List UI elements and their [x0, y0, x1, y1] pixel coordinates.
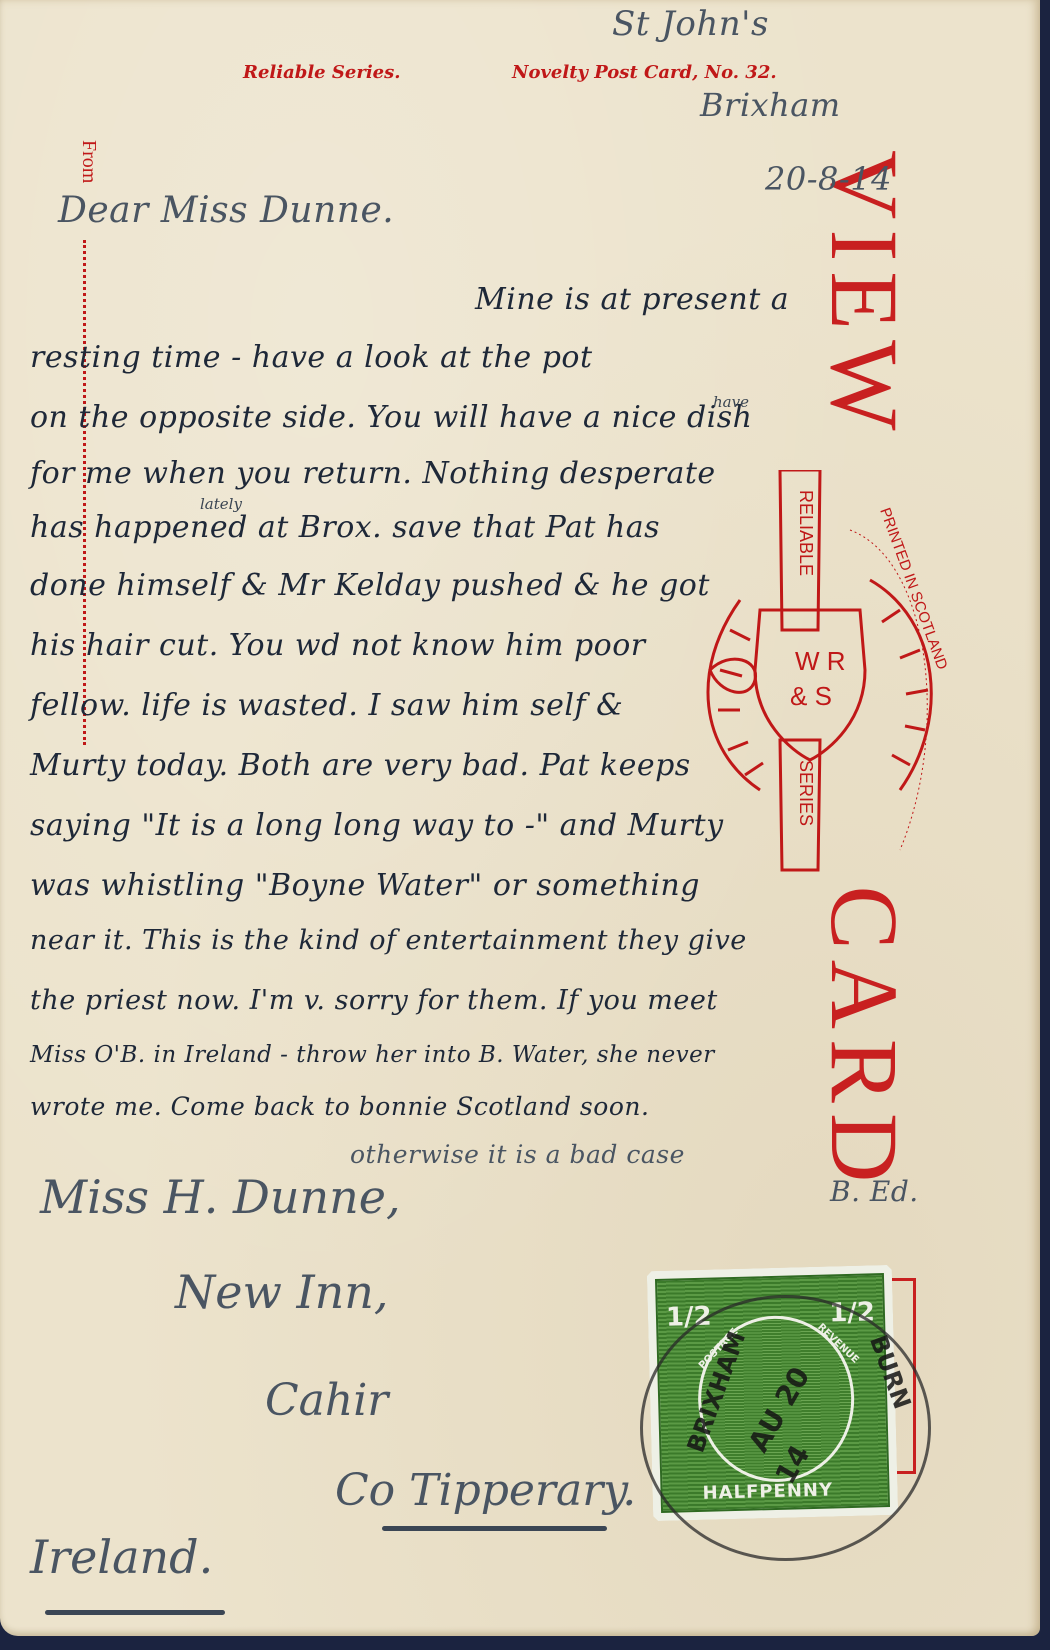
recipient-address-line3: Cahir — [265, 1375, 388, 1426]
letter-line: done himself & Mr Kelday pushed & he got — [30, 568, 710, 603]
letter-line: wrote me. Come back to bonnie Scotland s… — [30, 1092, 649, 1121]
card-number-label: Novelty Post Card, No. 32. — [512, 62, 777, 83]
letter-line: resting time - have a look at the pot — [30, 340, 593, 375]
divider-line — [83, 240, 86, 745]
recipient-name: Miss H. Dunne, — [40, 1170, 401, 1224]
svg-text:SERIES: SERIES — [796, 760, 816, 826]
letter-line: fellow. life is wasted. I saw him self & — [30, 688, 623, 723]
letter-line: for me when you return. Nothing desperat… — [30, 456, 716, 491]
letter-line: Mine is at present a — [475, 282, 789, 317]
letter-line: Murty today. Both are very bad. Pat keep… — [30, 748, 691, 783]
svg-text:& S: & S — [790, 681, 832, 711]
letter-line: the priest now. I'm v. sorry for them. I… — [30, 985, 718, 1016]
interlinear-note: have — [713, 393, 749, 411]
letter-line: otherwise it is a bad case — [350, 1140, 685, 1169]
salutation: Dear Miss Dunne. — [58, 190, 394, 231]
letter-line: on the opposite side. You will have a ni… — [30, 400, 752, 435]
recipient-country: Ireland. — [30, 1530, 213, 1584]
letter-date: 20-8-14 — [765, 160, 892, 198]
letter-line: his hair cut. You wd not know him poor — [30, 628, 646, 663]
letter-line: near it. This is the kind of entertainme… — [30, 925, 747, 956]
series-label: Reliable Series. — [243, 62, 401, 83]
postcard: Reliable Series. Novelty Post Card, No. … — [0, 0, 1040, 1636]
card-label: CARD — [811, 886, 918, 1193]
country-underline — [45, 1610, 225, 1615]
publisher-emblem: RELIABLE SERIES W R & S PRINTED IN SCOTL… — [700, 470, 960, 890]
recipient-address-line4: Co Tipperary. — [335, 1465, 636, 1516]
from-label: From — [77, 140, 100, 183]
postmark: BRIXHAM BURN AU 20 14 — [640, 1295, 931, 1561]
svg-text:RELIABLE: RELIABLE — [796, 490, 816, 576]
sender-address-line1: St John's — [612, 4, 769, 44]
svg-text:W R: W R — [795, 646, 846, 676]
sender-address-line2: Brixham — [700, 86, 841, 124]
address-underline — [382, 1526, 607, 1531]
signature: B. Ed. — [830, 1175, 919, 1208]
postmark-date: AU 20 — [742, 1361, 817, 1457]
postmark-town: BRIXHAM — [682, 1328, 752, 1457]
svg-text:PRINTED IN SCOTLAND: PRINTED IN SCOTLAND — [876, 506, 950, 673]
wreath-shield-icon: RELIABLE SERIES W R & S PRINTED IN SCOTL… — [700, 470, 960, 890]
letter-line: Miss O'B. in Ireland - throw her into B.… — [30, 1042, 715, 1068]
letter-line: has happened at Brox. save that Pat has — [30, 510, 660, 545]
letter-line: was whistling "Boyne Water" or something — [30, 868, 700, 903]
letter-line: saying "It is a long long way to -" and … — [30, 808, 724, 843]
recipient-address-line2: New Inn, — [175, 1265, 389, 1319]
